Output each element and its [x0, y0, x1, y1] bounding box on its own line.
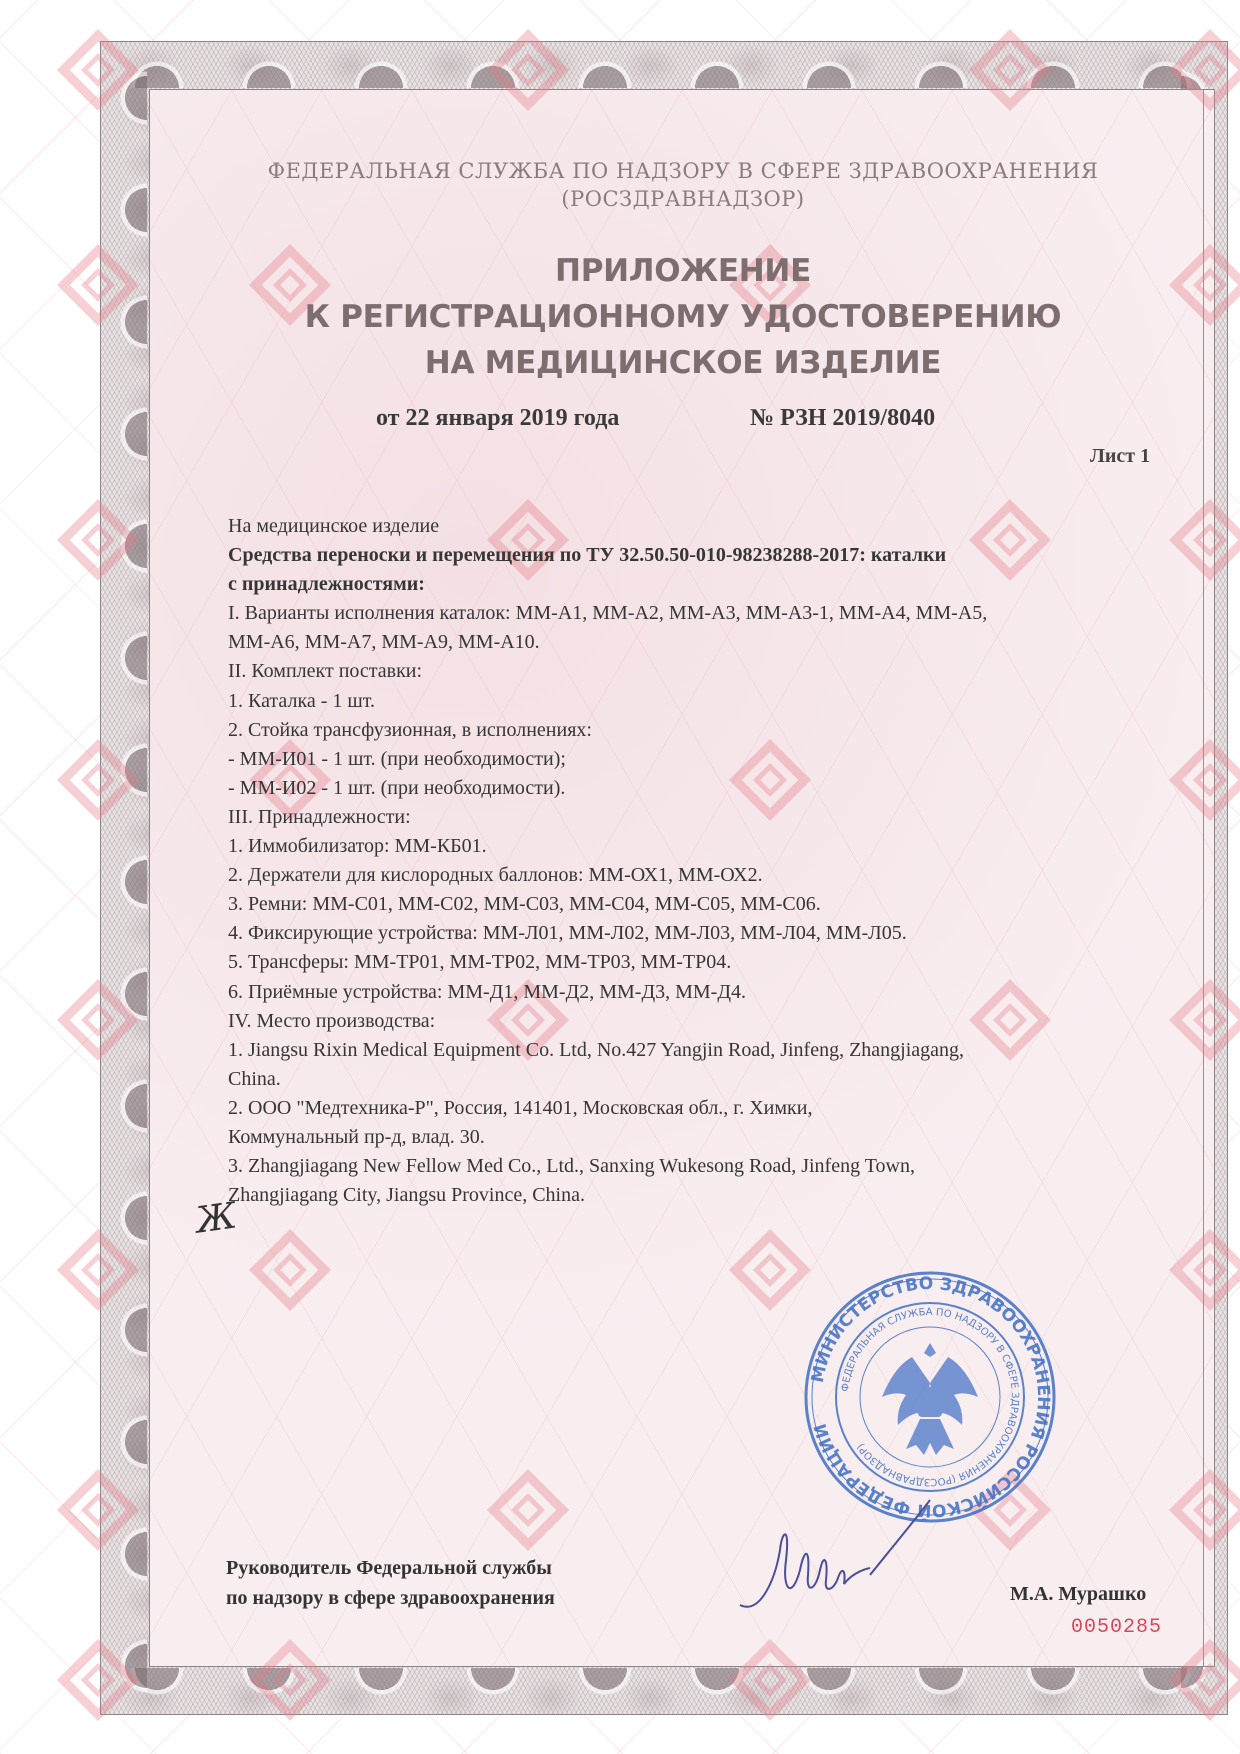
specification-line: 3. Ремни: ММ-С01, ММ-С02, ММ-С03, ММ-С04… — [228, 890, 1198, 919]
specification-line: 3. Zhangjiagang New Fellow Med Co., Ltd.… — [228, 1152, 1198, 1181]
agency-name: ФЕДЕРАЛЬНАЯ СЛУЖБА ПО НАДЗОРУ В СФЕРЕ ЗД… — [150, 157, 1216, 185]
specification-line: 2. ООО "Медтехника-Р", Россия, 141401, М… — [228, 1094, 1198, 1123]
specification-line: I. Варианты исполнения каталок: ММ-А1, М… — [228, 599, 1198, 628]
form-serial-number: 0050285 — [1071, 1616, 1162, 1639]
signatory-name: М.А. Мурашко — [1010, 1583, 1146, 1606]
sheet-number: Лист 1 — [1090, 445, 1150, 468]
product-name-cont: с принадлежностями: — [228, 570, 1198, 599]
specification-line: China. — [228, 1065, 1198, 1094]
document-content: ФЕДЕРАЛЬНАЯ СЛУЖБА ПО НАДЗОРУ В СФЕРЕ ЗД… — [0, 0, 1240, 1754]
specification-list: I. Варианты исполнения каталок: ММ-А1, М… — [228, 599, 1198, 1210]
specification-line: 2. Стойка трансфузионная, в исполнениях: — [228, 716, 1198, 745]
specification-line: 2. Держатели для кислородных баллонов: М… — [228, 861, 1198, 890]
specification-line: Zhangjiagang City, Jiangsu Province, Chi… — [228, 1181, 1198, 1210]
agency-header: ФЕДЕРАЛЬНАЯ СЛУЖБА ПО НАДЗОРУ В СФЕРЕ ЗД… — [150, 157, 1216, 213]
specification-line: - ММ-И02 - 1 шт. (при необходимости). — [228, 774, 1198, 803]
handwritten-initials: Ж — [193, 1195, 239, 1241]
specification-line: Коммунальный пр-д, влад. 30. — [228, 1123, 1198, 1152]
agency-short-name: (РОСЗДРАВНАДЗОР) — [150, 185, 1216, 213]
specification-line: 5. Трансферы: ММ-ТР01, ММ-ТР02, ММ-ТР03,… — [228, 948, 1198, 977]
specification-line: II. Комплект поставки: — [228, 657, 1198, 686]
product-name: Средства переноски и перемещения по ТУ 3… — [228, 541, 1198, 570]
registration-number: № РЗН 2019/8040 — [750, 405, 935, 432]
specification-line: 6. Приёмные устройства: ММ-Д1, ММ-Д2, ММ… — [228, 978, 1198, 1007]
specification-line: 1. Jiangsu Rixin Medical Equipment Co. L… — [228, 1036, 1198, 1065]
specification-line: 4. Фиксирующие устройства: ММ-Л01, ММ-Л0… — [228, 919, 1198, 948]
document-title: ПРИЛОЖЕНИЕ К РЕГИСТРАЦИОННОМУ УДОСТОВЕРЕ… — [150, 248, 1216, 386]
specification-line: ММ-А6, ММ-А7, ММ-А9, ММ-А10. — [228, 628, 1198, 657]
specification-line: 1. Каталка - 1 шт. — [228, 687, 1198, 716]
specification-line: - ММ-И01 - 1 шт. (при необходимости); — [228, 745, 1198, 774]
specification-line: IV. Место производства: — [228, 1007, 1198, 1036]
handwritten-signature — [720, 1490, 980, 1620]
double-headed-eagle-icon — [882, 1343, 978, 1455]
intro-text: На медицинское изделие — [228, 512, 1198, 541]
document-body: На медицинское изделие Средства переноск… — [228, 512, 1198, 1210]
specification-line: 1. Иммобилизатор: ММ-КБ01. — [228, 832, 1198, 861]
signatory-title: Руководитель Федеральной службы по надзо… — [226, 1553, 555, 1613]
issue-date: от 22 января 2019 года — [376, 405, 619, 432]
specification-line: III. Принадлежности: — [228, 803, 1198, 832]
